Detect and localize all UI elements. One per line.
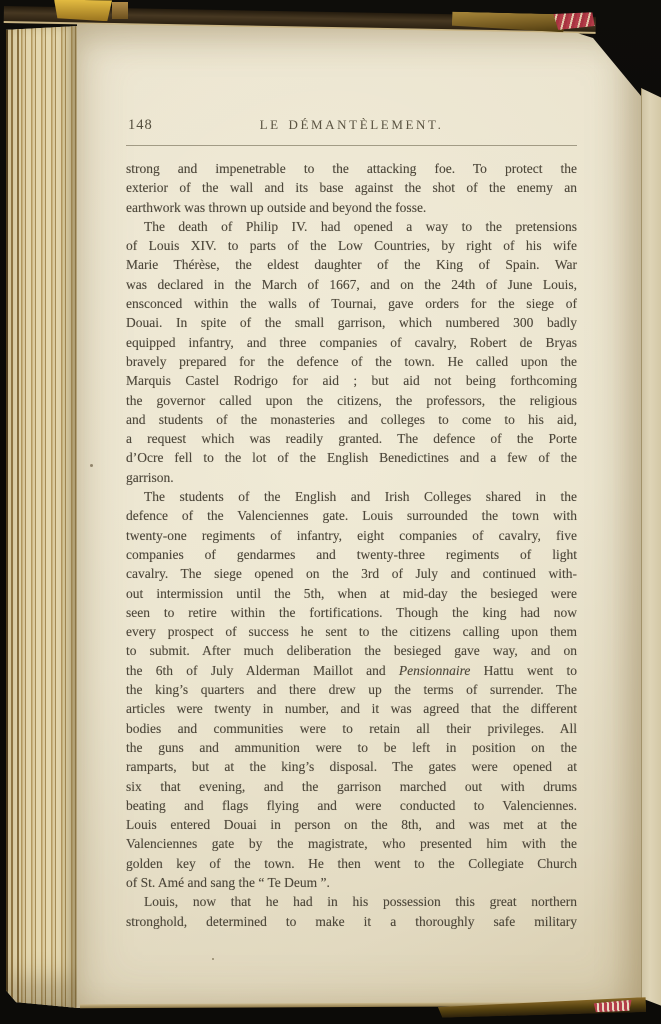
paper-speck <box>566 822 568 824</box>
text-line: garrison. <box>126 468 577 487</box>
text-line: six that evening, and the garrison march… <box>126 777 577 796</box>
text-line: cavalry. The siege opened on the 3rd of … <box>126 564 577 583</box>
text-line: ramparts, but at the king’s disposal. Th… <box>126 757 577 776</box>
text-line: every prospect of success he sent to the… <box>126 622 577 641</box>
paragraph: The students of the English and Irish Co… <box>126 487 577 892</box>
paper-speck <box>90 464 93 467</box>
text-line: and students of the monasteries and coll… <box>126 410 577 429</box>
book-page: 148 LE DÉMANTÈLEMENT. strong and impenet… <box>77 20 641 1012</box>
text-line: The students of the English and Irish Co… <box>126 487 577 506</box>
text-line: Louis, now that he had in his possession… <box>126 892 577 911</box>
text-line: companies of gendarmes and twenty-three … <box>126 545 577 564</box>
gilt-patch-icon <box>54 0 112 21</box>
text-line: exterior of the wall and its base agains… <box>126 178 577 197</box>
text-line: out intermission until the 5th, when at … <box>126 584 577 603</box>
text-line: beating and flags flying and were conduc… <box>126 796 577 815</box>
text-line: Marie Thérèse, the eldest daughter of th… <box>126 255 577 274</box>
text-line: was declared in the March of 1667, and o… <box>126 275 577 294</box>
running-head: 148 LE DÉMANTÈLEMENT. <box>126 117 577 136</box>
text-line: articles were twenty in number, and it w… <box>126 699 577 718</box>
book-photo: 148 LE DÉMANTÈLEMENT. strong and impenet… <box>0 0 661 1024</box>
paper-speck <box>212 958 214 960</box>
text-line: the 6th of July Alderman Maillot and Pen… <box>126 661 577 680</box>
text-line: golden key of the town. He then went to … <box>126 854 577 873</box>
text-line: equipped infantry, and three companies o… <box>126 333 577 352</box>
paragraph: The death of Philip IV. had opened a way… <box>126 217 577 487</box>
page-text: strong and impenetrable to the attacking… <box>126 159 577 931</box>
text-line: Valenciennes gate by the magistrate, who… <box>126 834 577 853</box>
text-line: d’Ocre fell to the lot of the English Be… <box>126 448 577 467</box>
paragraph: Louis, now that he had in his possession… <box>126 892 577 931</box>
text-line: Louis entered Douai in person on the 8th… <box>126 815 577 834</box>
page-edge-right <box>641 88 661 1006</box>
text-line: the guns and ammunition were to be left … <box>126 738 577 757</box>
text-line: stronghold, determined to make it a thor… <box>126 912 577 931</box>
text-line: ensconced within the walls of Tournai, g… <box>126 294 577 313</box>
running-title: LE DÉMANTÈLEMENT. <box>126 117 577 133</box>
text-line: of Louis XIV. to parts of the Low Countr… <box>126 236 577 255</box>
text-line: Douai. In spite of the small garrison, w… <box>126 313 577 332</box>
text-line: The death of Philip IV. had opened a way… <box>126 217 577 236</box>
text-line: of St. Amé and sang the “ Te Deum ”. <box>126 873 577 892</box>
text-line: a request which was readily granted. The… <box>126 429 577 448</box>
text-line: earthwork was thrown up outside and beyo… <box>126 198 577 217</box>
text-line: to submit. After much deliberation the b… <box>126 641 577 660</box>
text-line: Marquis Castel Rodrigo for aid ; but aid… <box>126 371 577 390</box>
text-line: strong and impenetrable to the attacking… <box>126 159 577 178</box>
page-number: 148 <box>128 117 153 134</box>
text-line: bodies and communities were to retain al… <box>126 719 577 738</box>
header-rule <box>126 145 577 146</box>
text-line: twenty-one regiments of infantry, eight … <box>126 526 577 545</box>
page-edges-left <box>6 26 78 1008</box>
text-line: defence of the Valenciennes gate. Louis … <box>126 506 577 525</box>
text-line: the governor called upon the citizens, t… <box>126 391 577 410</box>
gilt-patch-icon <box>112 2 128 19</box>
paragraph: strong and impenetrable to the attacking… <box>126 159 577 217</box>
text-line: seen to retire within the fortifications… <box>126 603 577 622</box>
text-line: the king’s quarters and there drew up th… <box>126 680 577 699</box>
text-line: bravely prepared for the defence of the … <box>126 352 577 371</box>
page-content: 148 LE DÉMANTÈLEMENT. strong and impenet… <box>126 20 577 931</box>
